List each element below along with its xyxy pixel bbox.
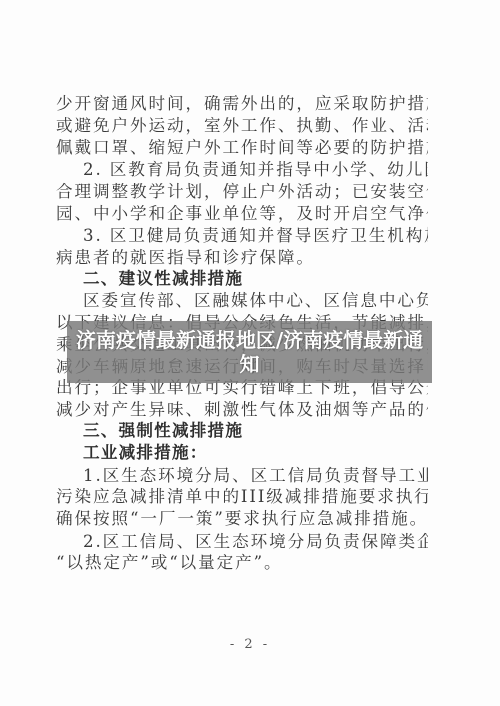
text-line: 合理调整教学计划，停止户外活动；已安装空气净化装置的幼儿 <box>56 181 428 203</box>
text-line: 3. 区卫健局负责通知并督导医疗卫生机构加强对呼吸类疾 <box>83 225 428 247</box>
section-heading: 二、建议性减排措施 <box>83 268 428 290</box>
text-line: 病患者的就医指导和诊疗保障。 <box>56 247 428 269</box>
text-line: 或避免户外运动，室外工作、执勤、作业、活动等人员可以采取 <box>56 115 428 137</box>
overlay-title: 济南疫情最新通报地区/济南疫情最新通知 <box>67 328 432 376</box>
document-page: 少开窗通风时间，确需外出的，应采取防护措施；一般人群减少或避免户外运动，室外工作… <box>0 0 500 706</box>
text-line: 减少对产生异味、刺激性气体及油烟等产品的使用。 <box>56 399 428 421</box>
text-line: “以热定产”或“以量定产”。 <box>56 552 428 574</box>
text-line: 区委宣传部、区融媒体中心、区信息中心负责通过媒体发布 <box>83 290 428 312</box>
text-line: 2. 区教育局负责通知并指导中小学、幼儿园及同等学力学校 <box>83 159 428 181</box>
section-heading: 三、强制性减排措施 <box>83 420 428 442</box>
text-line: 确保按照“一厂一策”要求执行应急减排措施。 <box>56 508 428 530</box>
page-number: - 2 - <box>0 637 500 652</box>
text-line: 园、中小学和企事业单位等，及时开启空气净化装置。 <box>56 203 428 225</box>
text-line: 1.区生态环境分局、区工信局负责督导工业企业严格按照重 <box>83 465 428 487</box>
text-line: 少开窗通风时间，确需外出的，应采取防护措施；一般人群减少 <box>56 93 428 115</box>
section-heading: 工业减排措施： <box>83 442 428 464</box>
title-overlay-banner: 济南疫情最新通报地区/济南疫情最新通知 <box>67 321 432 383</box>
text-line: 污染应急减排清单中的III级减排措施要求执行，加强执法检查， <box>56 486 428 508</box>
text-line: 2.区工信局、区生态环境分局负责保障类企业根据民生需求 <box>83 531 428 553</box>
text-line: 佩戴口罩、缩短户外工作时间等必要的防护措施。 <box>56 137 428 159</box>
